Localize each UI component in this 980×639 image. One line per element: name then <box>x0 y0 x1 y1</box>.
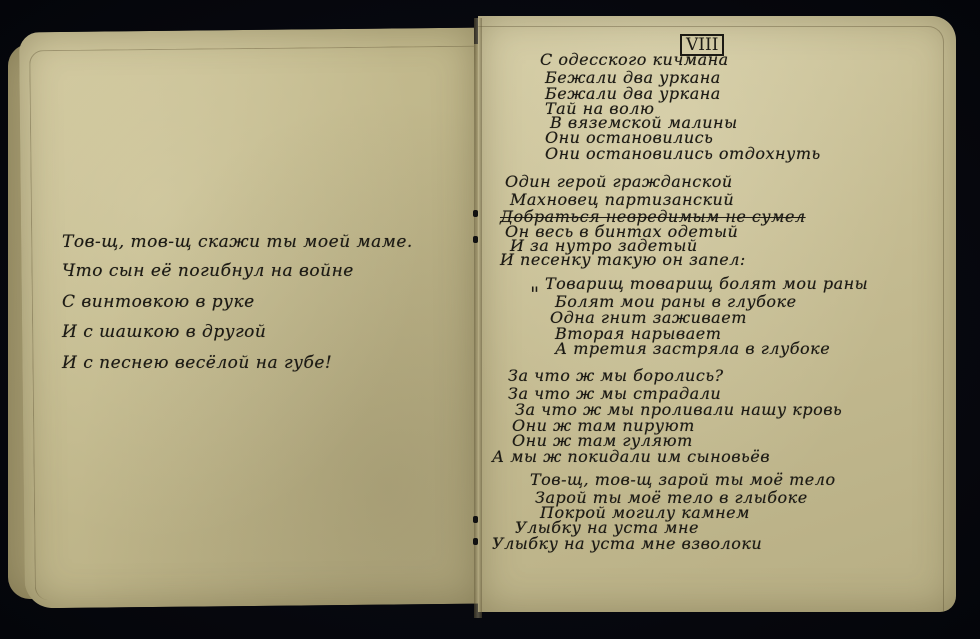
stanza-2-line-1: Один герой гражданской <box>505 172 733 191</box>
staple-bottom <box>473 516 478 523</box>
stanza-4-line-6: А мы ж покидали им сыновьёв <box>492 447 770 466</box>
left-line-5: И с песнею весёлой на губе! <box>62 353 332 373</box>
staple-bottom-2 <box>473 538 478 545</box>
notebook-scene: Тов-щ, тов-щ скажи ты моей маме. Что сын… <box>0 0 980 639</box>
stanza-3-line-1: Товарищ товарищ болят мои раны <box>545 274 868 293</box>
left-line-4: И с шашкою в другой <box>62 322 266 342</box>
stanza-1-line-7: Они остановились отдохнуть <box>545 144 821 163</box>
notebook-spine <box>474 18 482 618</box>
stanza-5-line-1: Тов-щ, тов-щ зарой ты моё тело <box>530 470 836 489</box>
left-page <box>19 28 480 609</box>
stanza-1-line-1: С одесского кичмана <box>540 50 729 69</box>
left-line-3: С винтовкою в руке <box>62 292 255 312</box>
quote-mark: " <box>530 282 539 306</box>
left-line-2: Что сын её погибнул на войне <box>62 261 354 281</box>
left-line-1: Тов-щ, тов-щ скажи ты моей маме. <box>62 232 413 252</box>
stanza-2-line-6: И песенку такую он запел: <box>500 250 746 269</box>
stanza-5-line-5: Улыбку на уста мне взволоки <box>492 534 762 553</box>
stanza-3-line-5: А третия застряла в глубоке <box>555 339 830 358</box>
staple-top-2 <box>473 236 478 243</box>
staple-top <box>473 210 478 217</box>
stanza-4-line-1: За что ж мы боролись? <box>508 366 724 385</box>
